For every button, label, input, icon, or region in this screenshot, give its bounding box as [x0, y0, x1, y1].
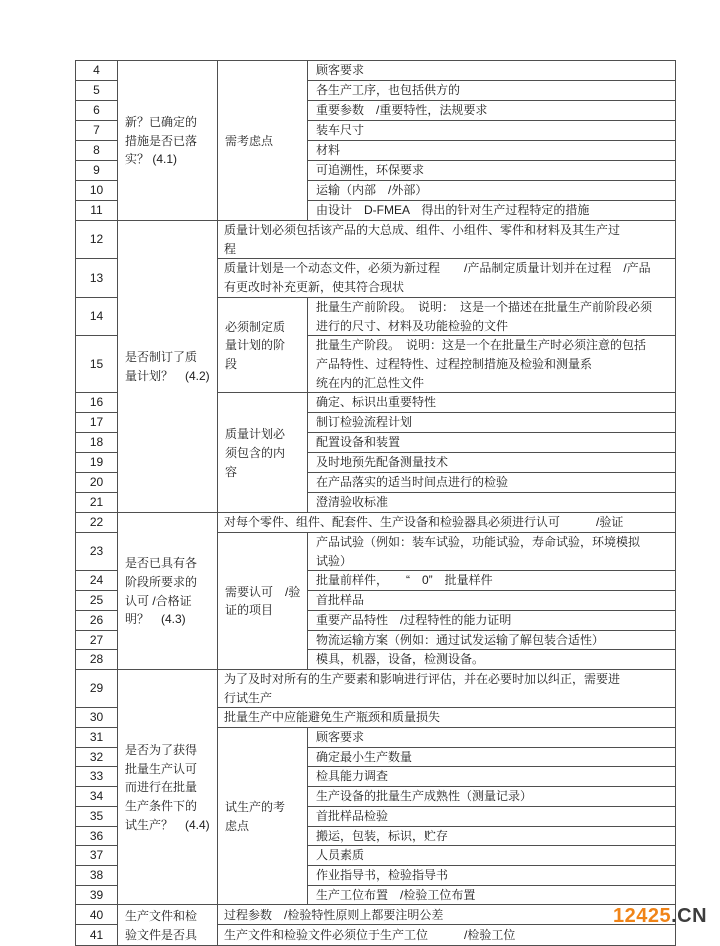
question-cell: 是否为了获得 批量生产认可 而进行在批量 生产条件下的 试生产？ (4.4): [118, 669, 218, 904]
row-number-cell: 32: [76, 747, 118, 767]
detail-cell: 产品试验（例如：装车试验，功能试验，寿命试验，环境模拟 试验）: [308, 533, 676, 571]
detail-cell: 重要参数 /重要特性，法规要求: [308, 101, 676, 121]
row-number-cell: 40: [76, 905, 118, 925]
row-number-cell: 8: [76, 141, 118, 161]
row-number-cell: 20: [76, 473, 118, 493]
row-number-cell: 39: [76, 885, 118, 905]
row-number-cell: 24: [76, 571, 118, 591]
row-number-cell: 13: [76, 259, 118, 297]
watermark: 12425.CN: [613, 905, 707, 928]
row-number-cell: 30: [76, 708, 118, 728]
detail-cell: 在产品落实的适当时间点进行的检验: [308, 473, 676, 493]
row-number-cell: 7: [76, 121, 118, 141]
detail-cell: 材料: [308, 141, 676, 161]
detail-cell: 批量生产中应能避免生产瓶颈和质量损失: [218, 708, 676, 728]
table-row: 22 是否已具有各 阶段所要求的 认可 /合格证 明？ (4.3) 对每个零件、…: [76, 513, 676, 533]
row-number-cell: 29: [76, 669, 118, 707]
question-cell: 是否制订了质 量计划？ (4.2): [118, 221, 218, 513]
question-cell: 是否已具有各 阶段所要求的 认可 /合格证 明？ (4.3): [118, 513, 218, 670]
row-number-cell: 38: [76, 865, 118, 885]
row-number-cell: 28: [76, 650, 118, 670]
category-cell: 需考虑点: [218, 61, 308, 221]
watermark-tld-text: .CN: [671, 905, 707, 927]
detail-cell: 搬运，包装，标识，贮存: [308, 826, 676, 846]
row-number-cell: 4: [76, 61, 118, 81]
row-number-cell: 19: [76, 453, 118, 473]
detail-cell: 澄清验收标准: [308, 493, 676, 513]
table-row: 29 是否为了获得 批量生产认可 而进行在批量 生产条件下的 试生产？ (4.4…: [76, 669, 676, 707]
detail-cell: 首批样品检验: [308, 806, 676, 826]
detail-cell: 运输（内部 /外部）: [308, 181, 676, 201]
detail-cell: 检具能力调查: [308, 767, 676, 787]
detail-cell: 物流运输方案（例如：通过试发运输了解包装合适性）: [308, 630, 676, 650]
row-number-cell: 17: [76, 413, 118, 433]
detail-cell: 批量生产前阶段。 说明： 这是一个描述在批量生产前阶段必须 进行的尺寸、材料及功…: [308, 297, 676, 335]
row-number-cell: 11: [76, 201, 118, 221]
row-number-cell: 27: [76, 630, 118, 650]
row-number-cell: 12: [76, 221, 118, 259]
detail-cell: 各生产工序，也包括供方的: [308, 81, 676, 101]
row-number-cell: 23: [76, 533, 118, 571]
watermark-site-text: 12425: [613, 905, 671, 927]
row-number-cell: 36: [76, 826, 118, 846]
category-cell: 必须制定质 量计划的阶 段: [218, 297, 308, 393]
detail-cell: 顾客要求: [308, 728, 676, 748]
audit-checklist-table: 4 新？已确定的 措施是否已落 实？ (4.1) 需考虑点 顾客要求 5 各生产…: [75, 60, 676, 946]
document-page: 4 新？已确定的 措施是否已落 实？ (4.1) 需考虑点 顾客要求 5 各生产…: [0, 0, 720, 946]
row-number-cell: 15: [76, 336, 118, 393]
detail-cell: 制订检验流程计划: [308, 413, 676, 433]
row-number-cell: 33: [76, 767, 118, 787]
table-row: 4 新？已确定的 措施是否已落 实？ (4.1) 需考虑点 顾客要求: [76, 61, 676, 81]
row-number-cell: 41: [76, 925, 118, 946]
row-number-cell: 18: [76, 433, 118, 453]
row-number-cell: 9: [76, 161, 118, 181]
detail-cell: 为了及时对所有的生产要素和影响进行评估，并在必要时加以纠正，需要进 行试生产: [218, 669, 676, 707]
detail-cell: 装车尺寸: [308, 121, 676, 141]
detail-cell: 顾客要求: [308, 61, 676, 81]
row-number-cell: 6: [76, 101, 118, 121]
row-number-cell: 10: [76, 181, 118, 201]
detail-cell: 重要产品特性 /过程特性的能力证明: [308, 610, 676, 630]
detail-cell: 生产文件和检验文件必须位于生产工位 /检验工位: [218, 925, 676, 946]
detail-cell: 质量计划是一个动态文件，必须为新过程 /产品制定质量计划并在过程 /产品 有更改…: [218, 259, 676, 297]
row-number-cell: 21: [76, 493, 118, 513]
detail-cell: 过程参数 /检验特性原则上都要注明公差: [218, 905, 676, 925]
detail-cell: 首批样品: [308, 591, 676, 611]
row-number-cell: 26: [76, 610, 118, 630]
detail-cell: 作业指导书，检验指导书: [308, 865, 676, 885]
question-cell: 新？已确定的 措施是否已落 实？ (4.1): [118, 61, 218, 221]
detail-cell: 质量计划必须包括该产品的大总成、组件、小组件、零件和材料及其生产过 程: [218, 221, 676, 259]
row-number-cell: 37: [76, 846, 118, 866]
detail-cell: 配置设备和装置: [308, 433, 676, 453]
table-row: 12 是否制订了质 量计划？ (4.2) 质量计划必须包括该产品的大总成、组件、…: [76, 221, 676, 259]
detail-cell: 确定、标识出重要特性: [308, 393, 676, 413]
row-number-cell: 35: [76, 806, 118, 826]
detail-cell: 模具，机器，设备，检测设备。: [308, 650, 676, 670]
detail-cell: 确定最小生产数量: [308, 747, 676, 767]
detail-cell: 由设计 D-FMEA 得出的针对生产过程特定的措施: [308, 201, 676, 221]
category-cell: 试生产的考 虑点: [218, 728, 308, 905]
row-number-cell: 31: [76, 728, 118, 748]
detail-cell: 及时地预先配备测量技术: [308, 453, 676, 473]
detail-cell: 生产设备的批量生产成熟性（测量记录）: [308, 787, 676, 807]
row-number-cell: 5: [76, 81, 118, 101]
detail-cell: 批量前样件， “ 0” 批量样件: [308, 571, 676, 591]
detail-cell: 生产工位布置 /检验工位布置: [308, 885, 676, 905]
detail-cell: 可追溯性，环保要求: [308, 161, 676, 181]
row-number-cell: 34: [76, 787, 118, 807]
category-cell: 需要认可 /验 证的项目: [218, 533, 308, 670]
row-number-cell: 16: [76, 393, 118, 413]
row-number-cell: 14: [76, 297, 118, 335]
category-cell: 质量计划必 须包含的内 容: [218, 393, 308, 513]
detail-cell: 批量生产阶段。 说明：这是一个在批量生产时必须注意的包括 产品特性、过程特性、过…: [308, 336, 676, 393]
question-cell: 生产文件和检 验文件是否具: [118, 905, 218, 946]
row-number-cell: 22: [76, 513, 118, 533]
detail-cell: 对每个零件、组件、配套件、生产设备和检验器具必须进行认可 /验证: [218, 513, 676, 533]
table-row: 40 生产文件和检 验文件是否具 过程参数 /检验特性原则上都要注明公差: [76, 905, 676, 925]
detail-cell: 人员素质: [308, 846, 676, 866]
row-number-cell: 25: [76, 591, 118, 611]
